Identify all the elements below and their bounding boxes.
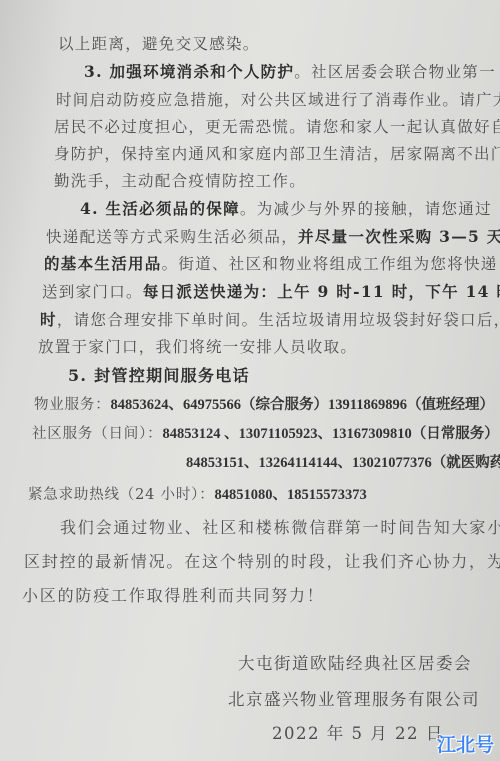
signature-org-2: 北京盛兴物业管理服务有限公司: [228, 686, 480, 710]
community-service-line-2: 84853151、13264114144、13021077376（就医购药）: [186, 453, 500, 473]
section-4-line-4-plain: 送到家门口。: [42, 283, 143, 301]
section-4-line-5: 时，请您合理安排下单时间。生活垃圾请用垃圾袋封好袋口后，: [40, 310, 500, 330]
section-4-line-3-bold: 的基本生活用品: [44, 254, 162, 273]
community-service-line-1: 社区服务（日间）：84853124 、13071105923、131673098…: [32, 424, 499, 444]
section-4-line-4: 送到家门口。每日派送快递为：上午 9 时-11 时，下午 14 时-16: [42, 282, 500, 302]
intro-tail-text: 以上距离，避免交叉感染。: [58, 34, 260, 54]
section-4-line-1-rest: 。为减少与外界的接触，请您通过: [240, 200, 492, 218]
section-4-line-1: 4. 生活必须品的保障。为减少与外界的接触，请您通过: [80, 199, 492, 219]
section-3-line-4: 身防护，保持室内通风和家庭内部卫生清洁，居家隔离不出门，: [54, 144, 500, 164]
watermark-logo: 江北号: [437, 730, 494, 757]
emergency-hotline-numbers: 84851080、18515573373: [215, 487, 367, 503]
closing-line-2: 区封控的最新情况。在这个特别的时段，让我们齐心协力，为: [24, 552, 500, 572]
emergency-hotline-label: 紧急求助热线（24 小时）：: [28, 487, 215, 503]
section-4-line-2: 快递配送等方式采购生活必须品，并尽量一次性采购 3—5 天: [46, 227, 500, 247]
property-service-numbers: 84853624、64975566（综合服务）13911869896（值班经理）: [111, 397, 494, 413]
section-4-line-5-plain: ，请您合理安排下单时间。生活垃圾请用垃圾袋封好袋口后，: [57, 311, 500, 329]
community-service-numbers-2: 84853151、13264114144、13021077376（就医购药）: [186, 455, 500, 471]
signature-org-1: 大屯街道欧陆经典社区居委会: [238, 650, 472, 674]
section-4-line-5-bold: 时: [40, 310, 57, 329]
section-4-line-6: 放置于家门口，我们将统一安排人员收取。: [38, 337, 357, 357]
section-4-line-4-bold: 每日派送快递为：上午 9 时-11 时，下午 14 时-16: [143, 282, 500, 301]
property-service-label: 物业服务：: [34, 397, 111, 413]
section-3-line-1-rest: 。社区居委会联合物业第一: [294, 63, 496, 81]
section-3-line-2: 时间启动防疫应急措施，对公共区域进行了消毒作业。请广大: [56, 90, 500, 110]
community-service-label: 社区服务（日间）：: [32, 426, 162, 442]
section-4-line-3-plain: 。街道、社区和物业将组成工作组为您将快递: [162, 255, 498, 273]
section-4-line-2-bold: 并尽量一次性采购 3—5 天: [298, 227, 500, 246]
section-4-line-3: 的基本生活用品。街道、社区和物业将组成工作组为您将快递: [44, 254, 498, 274]
section-3-title: 3. 加强环境消杀和个人防护: [84, 62, 294, 81]
signature-date: 2022 年 5 月 22 日: [272, 720, 444, 744]
section-3-line-3: 居民不必过度担心，更无需恐慌。请您和家人一起认真做好自: [54, 117, 500, 137]
section-3-line-5: 勤洗手，主动配合疫情防控工作。: [54, 171, 306, 191]
closing-line-1: 我们会通过物业、社区和楼栋微信群第一时间告知大家小: [60, 518, 500, 538]
emergency-hotline-line: 紧急求助热线（24 小时）：84851080、18515573373: [28, 485, 367, 505]
section-4-title: 4. 生活必须品的保障: [80, 199, 240, 218]
notice-document: 以上距离，避免交叉感染。 3. 加强环境消杀和个人防护。社区居委会联合物业第一 …: [0, 0, 500, 761]
section-3-line-1: 3. 加强环境消杀和个人防护。社区居委会联合物业第一: [84, 62, 496, 82]
section-5-title: 5. 封管控期间服务电话: [68, 366, 250, 386]
closing-line-3: 小区的防疫工作取得胜利而共同努力！: [22, 586, 325, 606]
property-service-line: 物业服务：84853624、64975566（综合服务）13911869896（…: [34, 395, 494, 415]
community-service-numbers-1: 84853124 、13071105923、13167309810（日常服务）: [162, 426, 498, 442]
section-4-line-2-plain: 快递配送等方式采购生活必须品，: [46, 228, 298, 246]
